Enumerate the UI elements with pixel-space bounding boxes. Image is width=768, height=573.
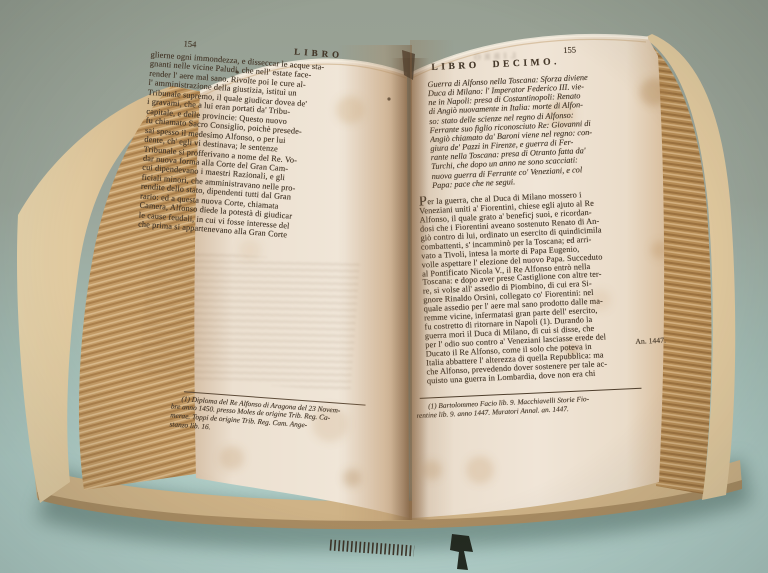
left-body-text: glierne ogni immondezza, e disseccar le … bbox=[138, 50, 384, 246]
drop-cap: P bbox=[419, 194, 428, 208]
year-margin-note: An. 1447. bbox=[635, 336, 666, 346]
chapter-summary: Guerra di Alfonso nella Toscana: Sforza … bbox=[427, 71, 644, 190]
left-page-bleedthrough bbox=[139, 248, 360, 391]
right-page-number: 155 bbox=[563, 44, 576, 55]
book-photo: 154 LIBRO glierne ogni immondezza, e dis… bbox=[0, 0, 768, 573]
right-body-text: Per la guerra, che al Duca di Milano mos… bbox=[419, 186, 651, 386]
ribbon-bookmark bbox=[450, 534, 473, 570]
left-page: 154 LIBRO glierne ogni immondezza, e dis… bbox=[123, 36, 389, 443]
body-lines: Veneziani uniti a' Fiorentini, chiese eg… bbox=[419, 197, 651, 386]
right-page: LIBRO 155 LIBRO DECIMO. Guerra di Alfons… bbox=[408, 42, 654, 420]
right-page-bleedthrough: LIBRO bbox=[470, 50, 516, 62]
left-page-number: 154 bbox=[183, 38, 197, 49]
